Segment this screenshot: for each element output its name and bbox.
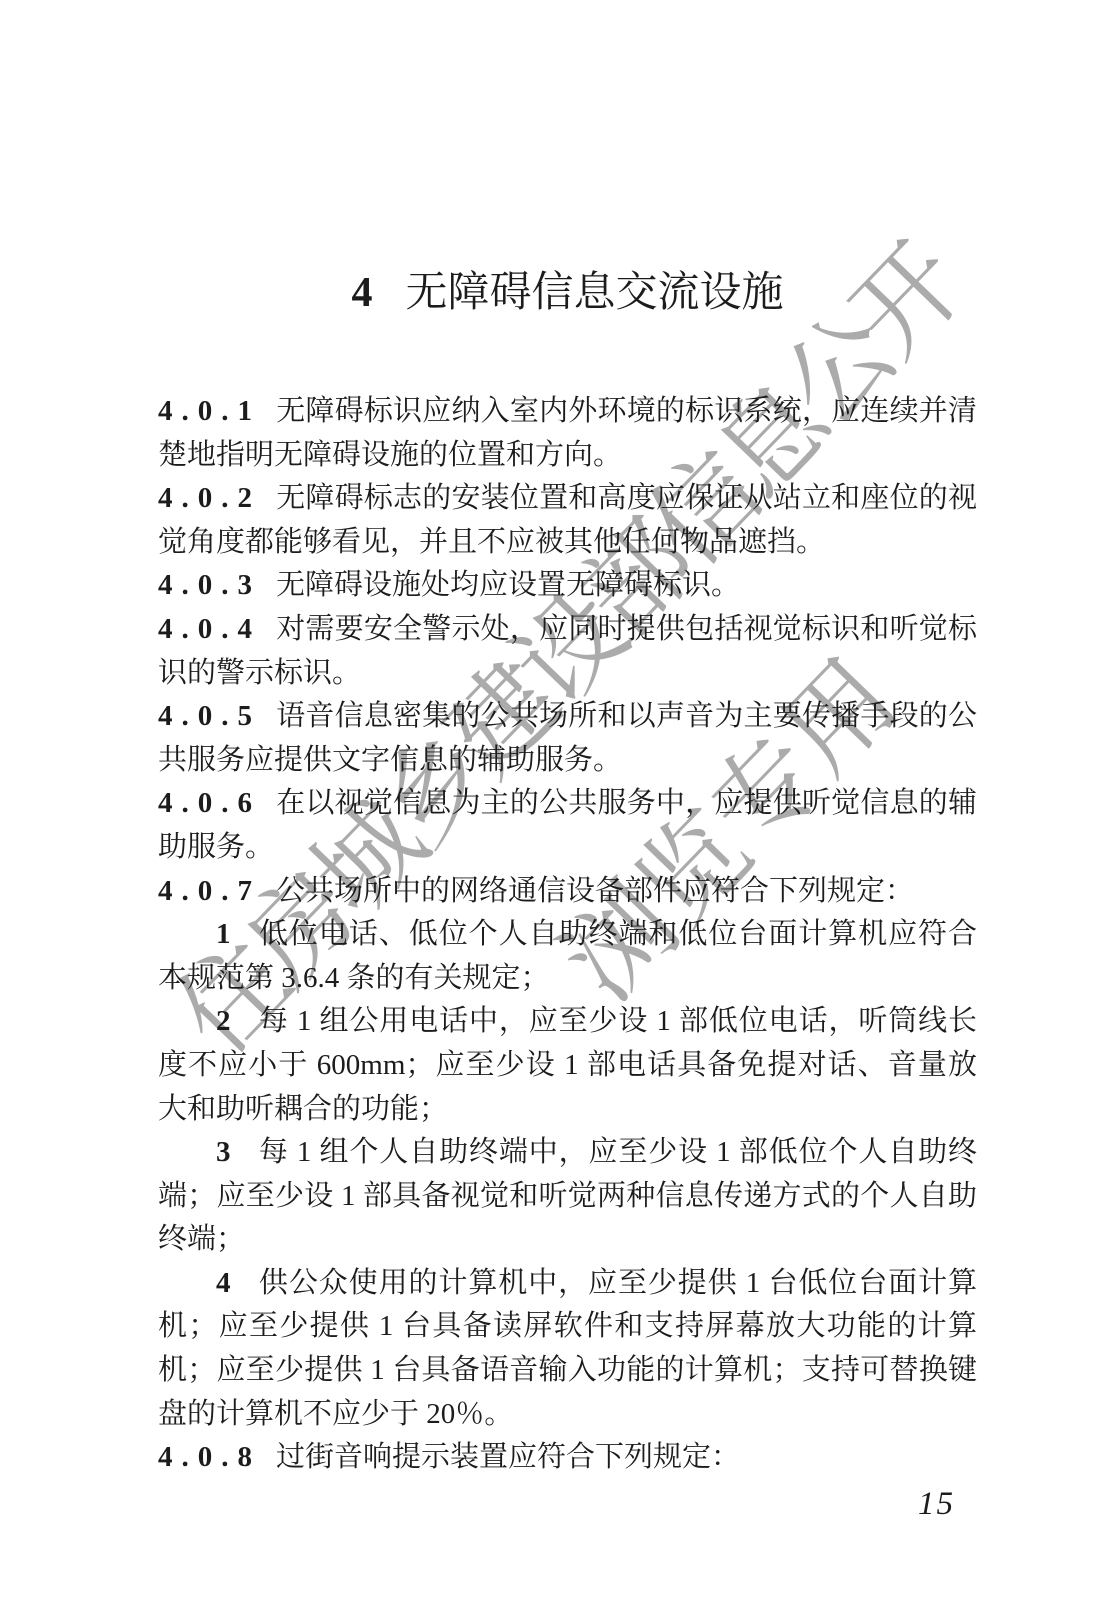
- text-line: 盘的计算机不应少于 20％。: [158, 1393, 977, 1437]
- document-page: 住房城乡建设部信息公开 浏览专用 4无障碍信息交流设施 4.0.1无障碍标识应纳…: [0, 0, 1103, 1598]
- text-line: 4.0.5语音信息密集的公共场所和以声音为主要传播手段的公: [158, 695, 977, 739]
- text-line: 大和助听耦合的功能；: [158, 1088, 977, 1132]
- line-text: 觉角度都能够看见，并且不应被其他任何物品遮挡。: [158, 526, 825, 558]
- line-text: 大和助听耦合的功能；: [158, 1093, 448, 1125]
- clause-number: 4.0.7: [158, 870, 276, 914]
- line-text: 在以视觉信息为主的公共服务中，应提供听觉信息的辅: [276, 787, 977, 819]
- item-number: 3: [216, 1131, 258, 1175]
- text-line: 4.0.7公共场所中的网络通信设备部件应符合下列规定：: [158, 870, 977, 914]
- text-line: 楚地指明无障碍设施的位置和方向。: [158, 434, 977, 478]
- line-text: 度不应小于 600mm；应至少设 1 部电话具备免提对话、音量放: [158, 1049, 977, 1081]
- item-number: 1: [216, 913, 258, 957]
- line-text: 语音信息密集的公共场所和以声音为主要传播手段的公: [276, 700, 977, 732]
- chapter-title: 4无障碍信息交流设施: [158, 266, 977, 320]
- text-line: 端；应至少设 1 部具备视觉和听觉两种信息传递方式的个人自助: [158, 1175, 977, 1219]
- line-text: 无障碍标识应纳入室内外环境的标识系统，应连续并清: [276, 395, 977, 427]
- clause-number: 4.0.3: [158, 564, 276, 608]
- text-line: 觉角度都能够看见，并且不应被其他任何物品遮挡。: [158, 521, 977, 565]
- clause-number: 4.0.6: [158, 782, 276, 826]
- line-text: 每 1 组个人自助终端中，应至少设 1 部低位个人自助终: [258, 1136, 977, 1168]
- line-text: 机；应至少提供 1 台具备语音输入功能的计算机；支持可替换键: [158, 1354, 977, 1386]
- line-text: 共服务应提供文字信息的辅助服务。: [158, 744, 622, 776]
- text-line: 4.0.2无障碍标志的安装位置和高度应保证从站立和座位的视: [158, 477, 977, 521]
- chapter-title-text: 无障碍信息交流设施: [405, 270, 783, 316]
- text-line: 2每 1 组公用电话中，应至少设 1 部低位电话，听筒线长: [158, 1000, 977, 1044]
- line-text: 端；应至少设 1 部具备视觉和听觉两种信息传递方式的个人自助: [158, 1180, 977, 1212]
- text-line: 3每 1 组个人自助终端中，应至少设 1 部低位个人自助终: [158, 1131, 977, 1175]
- line-text: 供公众使用的计算机中，应至少提供 1 台低位台面计算: [258, 1267, 977, 1299]
- text-line: 共服务应提供文字信息的辅助服务。: [158, 739, 977, 783]
- text-line: 1低位电话、低位个人自助终端和低位台面计算机应符合: [158, 913, 977, 957]
- chapter-number: 4: [351, 270, 372, 316]
- text-line: 本规范第 3.6.4 条的有关规定；: [158, 957, 977, 1001]
- clause-number: 4.0.2: [158, 477, 276, 521]
- clause-number: 4.0.8: [158, 1436, 276, 1480]
- line-text: 识的警示标识。: [158, 657, 361, 689]
- page-number: 15: [918, 1486, 955, 1523]
- text-line: 机；应至少提供 1 台具备读屏软件和支持屏幕放大功能的计算: [158, 1305, 977, 1349]
- text-line: 4.0.3无障碍设施处均应设置无障碍标识。: [158, 564, 977, 608]
- line-text: 盘的计算机不应少于 20％。: [158, 1398, 513, 1430]
- text-line: 终端；: [158, 1218, 977, 1262]
- line-text: 每 1 组公用电话中，应至少设 1 部低位电话，听筒线长: [258, 1005, 977, 1037]
- text-line: 4供公众使用的计算机中，应至少提供 1 台低位台面计算: [158, 1262, 977, 1306]
- text-line: 机；应至少提供 1 台具备语音输入功能的计算机；支持可替换键: [158, 1349, 977, 1393]
- text-line: 4.0.6在以视觉信息为主的公共服务中，应提供听觉信息的辅: [158, 782, 977, 826]
- text-line: 助服务。: [158, 826, 977, 870]
- line-text: 机；应至少提供 1 台具备读屏软件和支持屏幕放大功能的计算: [158, 1310, 977, 1342]
- clause-number: 4.0.4: [158, 608, 276, 652]
- line-text: 助服务。: [158, 831, 274, 863]
- line-text: 对需要安全警示处，应同时提供包括视觉标识和听觉标: [276, 613, 977, 645]
- clause-number: 4.0.1: [158, 390, 276, 434]
- line-text: 终端；: [158, 1223, 245, 1255]
- line-text: 本规范第 3.6.4 条的有关规定；: [158, 962, 550, 994]
- text-line: 4.0.8过街音响提示装置应符合下列规定：: [158, 1436, 977, 1480]
- clause-number: 4.0.5: [158, 695, 276, 739]
- line-text: 低位电话、低位个人自助终端和低位台面计算机应符合: [258, 918, 977, 950]
- line-text: 公共场所中的网络通信设备部件应符合下列规定：: [276, 875, 914, 907]
- text-line: 识的警示标识。: [158, 652, 977, 696]
- line-text: 无障碍标志的安装位置和高度应保证从站立和座位的视: [276, 482, 977, 514]
- line-text: 楚地指明无障碍设施的位置和方向。: [158, 439, 622, 471]
- line-text: 无障碍设施处均应设置无障碍标识。: [276, 569, 740, 601]
- text-line: 4.0.1无障碍标识应纳入室内外环境的标识系统，应连续并清: [158, 390, 977, 434]
- text-line: 度不应小于 600mm；应至少设 1 部电话具备免提对话、音量放: [158, 1044, 977, 1088]
- item-number: 2: [216, 1000, 258, 1044]
- item-number: 4: [216, 1262, 258, 1306]
- body-text: 4.0.1无障碍标识应纳入室内外环境的标识系统，应连续并清楚地指明无障碍设施的位…: [158, 390, 977, 1480]
- line-text: 过街音响提示装置应符合下列规定：: [276, 1441, 740, 1473]
- text-line: 4.0.4对需要安全警示处，应同时提供包括视觉标识和听觉标: [158, 608, 977, 652]
